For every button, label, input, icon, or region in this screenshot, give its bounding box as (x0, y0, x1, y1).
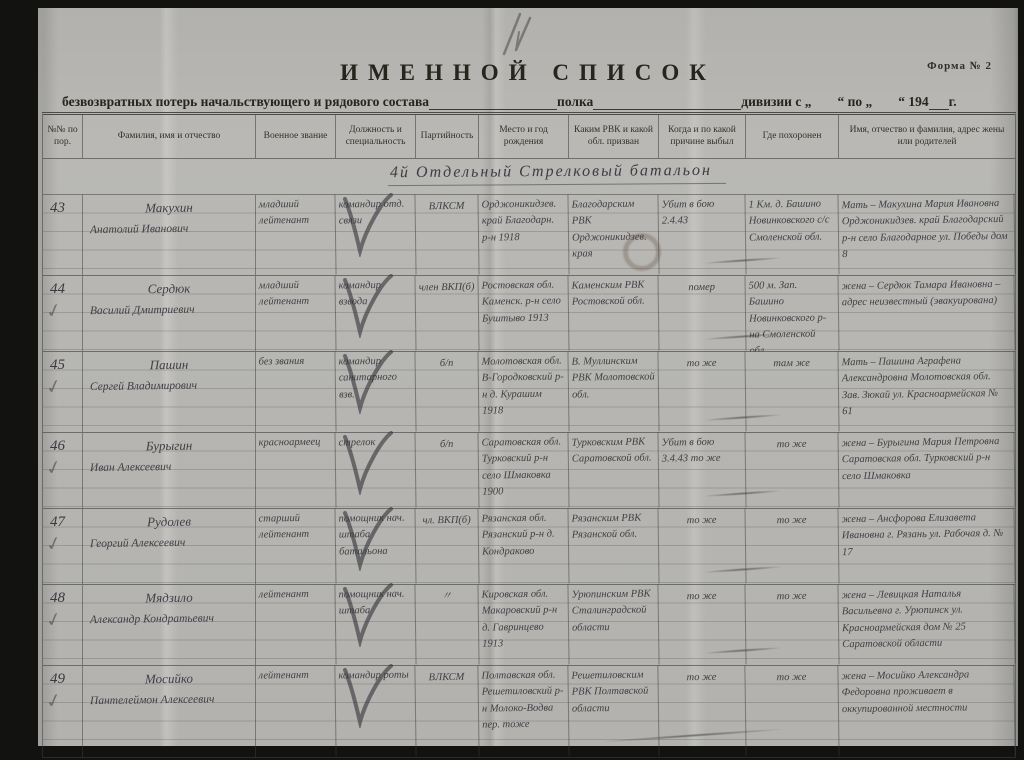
pencil-page-mark (486, 10, 546, 58)
cell-reason: то же (658, 584, 746, 665)
subtitle-text-6: г. (949, 94, 957, 110)
cell-rank: младший лейтенант (255, 194, 336, 275)
casualty-table: №№ по пор. Фамилия, имя и отчество Военн… (42, 112, 1016, 758)
subtitle-text-1: безвозвратных потерь начальствующего и р… (62, 94, 429, 110)
cell-birth: Орджоникидзев. край Благодарн. р-н 1918 (478, 194, 569, 275)
cell-buried: 500 м. Зап. Башино Новинковского р-на См… (745, 275, 839, 351)
col-header-reason: Когда и по какой причине выбыл (659, 115, 746, 158)
battalion-section-row: 4й Отдельный Стрелковый батальон (43, 159, 1015, 195)
subtitle-text-3: дивизии с „ (741, 94, 811, 110)
table-row: 48 ✓ Мядзило Александр Кондратьевич лейт… (43, 585, 1015, 666)
col-header-party: Партийность (416, 115, 479, 158)
cell-buried: 1 Км. д. Башино Новинковского с/с Смолен… (745, 194, 839, 275)
cell-name: Пашин Сергей Владимирович (83, 352, 256, 432)
cell-party: чл. ВКП(б) (415, 509, 479, 585)
table-row: 47 ✓ Рудолев Георгий Алексеевич старший … (43, 509, 1015, 585)
cell-rvk: Каменским РВК Ростовской обл. (568, 275, 659, 351)
cell-name: Мосийко Пантелеймон Алексеевич (83, 666, 256, 757)
cell-reason: то же (658, 665, 746, 757)
cell-party: б/п (415, 433, 479, 509)
cell-position: помощник нач. штаба батальона (335, 508, 416, 584)
scanned-document-page: Форма № 2 ИМЕННОЙ СПИСОК безвозвратных п… (38, 8, 1018, 746)
cell-birth: Кировская обл. Макаровский р-н д. Гаврин… (478, 584, 569, 665)
page-title: ИМЕННОЙ СПИСОК (38, 60, 1018, 86)
blank-field-year (929, 95, 949, 110)
cell-number: 44 ✓ (43, 276, 83, 351)
cell-position: командир взвода (335, 275, 416, 351)
round-stamp (623, 233, 661, 271)
cell-number: 43 (43, 195, 83, 275)
col-header-rank: Военное звание (256, 115, 336, 158)
cell-position: стрелок (335, 432, 416, 508)
cell-reason: помер (658, 275, 746, 351)
cell-buried: то же (745, 584, 839, 665)
battalion-handwritten-title: 4й Отдельный Стрелковый батальон (388, 162, 726, 186)
cell-rank: старший лейтенант (255, 508, 336, 584)
cell-buried: то же (745, 432, 839, 508)
cell-family: жена – Левицкая Наталья Васильевна г. Ур… (838, 584, 1015, 666)
cell-name: Макухин Анатолий Иванович (83, 195, 256, 275)
cell-position: командир отд. связи (335, 194, 416, 275)
cell-rvk: Решетиловским РВК Полтавской области (568, 665, 659, 757)
cell-birth: Саратовская обл. Турковский р-н село Шма… (478, 432, 569, 508)
cell-rvk: Урюпинским РВК Сталинградской области (568, 584, 659, 665)
blank-field-regiment (429, 95, 557, 110)
table-header-row: №№ по пор. Фамилия, имя и отчество Военн… (43, 115, 1015, 159)
cell-name: Бурыгин Иван Алексеевич (83, 433, 256, 508)
table-row: 49 ✓ Мосийко Пантелеймон Алексеевич лейт… (43, 666, 1015, 758)
col-header-position: Должность и специальность (336, 115, 416, 158)
col-header-name: Фамилия, имя и отчество (83, 115, 256, 158)
col-header-number: №№ по пор. (43, 115, 83, 158)
cell-number: 45 ✓ (43, 352, 83, 432)
cell-rank: красноармеец (255, 432, 336, 508)
cell-rvk: В. Муллинским РВК Молотовской обл. (568, 351, 659, 432)
cell-name: Рудолев Георгий Алексеевич (83, 509, 256, 584)
cell-rank: без звания (255, 351, 336, 432)
cell-position: помощник нач. штаба (335, 584, 416, 665)
cell-number: 48 ✓ (43, 585, 83, 665)
cell-position: командир санитарного взв. (335, 351, 416, 432)
cell-rvk: Турковским РВК Саратовской обл. (568, 432, 659, 508)
col-header-rvk: Каким РВК и какой обл. призван (569, 115, 659, 158)
cell-number: 47 ✓ (43, 509, 83, 584)
table-row: 44 ✓ Сердюк Василий Дмитриевич младший л… (43, 276, 1015, 352)
cell-reason: Убит в бою 2.4.43 (658, 194, 746, 275)
cell-position: командир роты (335, 665, 416, 757)
cell-rank: лейтенант (255, 584, 336, 665)
cell-reason: то же (658, 508, 746, 584)
cell-number: 49 ✓ (43, 666, 83, 757)
blank-field-date-to (872, 96, 898, 110)
cell-buried: то же (745, 665, 839, 757)
cell-party: 〃 (415, 585, 479, 666)
subtitle-line: безвозвратных потерь начальствующего и р… (62, 94, 992, 110)
cell-family: жена – Мосийко Александра Федоровна прож… (838, 665, 1015, 758)
cell-party: ВЛКСМ (415, 666, 479, 758)
cell-party: б/п (415, 352, 479, 433)
pencil-tick-icon: ✓ (43, 455, 64, 481)
blank-field-division (593, 95, 741, 110)
col-header-birth: Место и год рождения (479, 115, 569, 158)
subtitle-text-4: “ по „ (837, 94, 872, 110)
subtitle-text-2: полка (557, 94, 593, 110)
cell-family: жена – Бурыгина Мария Петровна Саратовск… (838, 432, 1015, 509)
pencil-tick-icon: ✓ (43, 298, 64, 324)
pencil-tick-icon: ✓ (43, 374, 64, 400)
col-header-family: Имя, отчество и фамилия, адрес жены или … (839, 115, 1015, 158)
cell-rank: младший лейтенант (255, 275, 336, 351)
cell-party: ВЛКСМ (415, 195, 479, 276)
cell-family: Мать – Пашина Аграфена Александровна Мол… (838, 351, 1015, 433)
cell-birth: Ростовская обл. Каменск. р-н село Буштыв… (478, 275, 569, 351)
blank-field-date-from (811, 96, 837, 110)
cell-name: Мядзило Александр Кондратьевич (83, 585, 256, 665)
subtitle-text-5: “ 194 (898, 94, 928, 110)
pencil-tick-icon: ✓ (43, 688, 64, 714)
col-header-buried: Где похоронен (746, 115, 839, 158)
table-row: 46 ✓ Бурыгин Иван Алексеевич красноармее… (43, 433, 1015, 509)
cell-family: Мать – Макухина Мария Ивановна Орджоники… (838, 194, 1015, 276)
cell-name: Сердюк Василий Дмитриевич (83, 276, 256, 351)
cell-family: жена – Ансфорова Елизавета Ивановна г. Р… (838, 508, 1015, 585)
cell-birth: Молотовская обл. В-Городковский р-н д. К… (478, 351, 569, 432)
cell-birth: Рязанская обл. Рязанский р-н д. Кондрако… (478, 508, 569, 584)
cell-number: 46 ✓ (43, 433, 83, 508)
cell-reason: Убит в бою 3.4.43 то же (658, 432, 746, 508)
cell-reason: то же (658, 351, 746, 432)
table-row: 43 Макухин Анатолий Иванович младший лей… (43, 195, 1015, 276)
cell-birth: Полтавская обл. Решетиловский р-н Молоко… (478, 665, 569, 757)
pencil-tick-icon: ✓ (43, 607, 64, 633)
cell-party: член ВКП(б) (415, 276, 479, 352)
cell-family: жена – Сердюк Тамара Ивановна – адрес не… (838, 275, 1015, 352)
cell-rank: лейтенант (255, 665, 336, 757)
cell-rvk: Рязанским РВК Рязанской обл. (568, 508, 659, 584)
cell-buried: то же (745, 508, 839, 584)
cell-buried: там же (745, 351, 839, 432)
pencil-tick-icon: ✓ (43, 531, 64, 557)
table-row: 45 ✓ Пашин Сергей Владимирович без звани… (43, 352, 1015, 433)
